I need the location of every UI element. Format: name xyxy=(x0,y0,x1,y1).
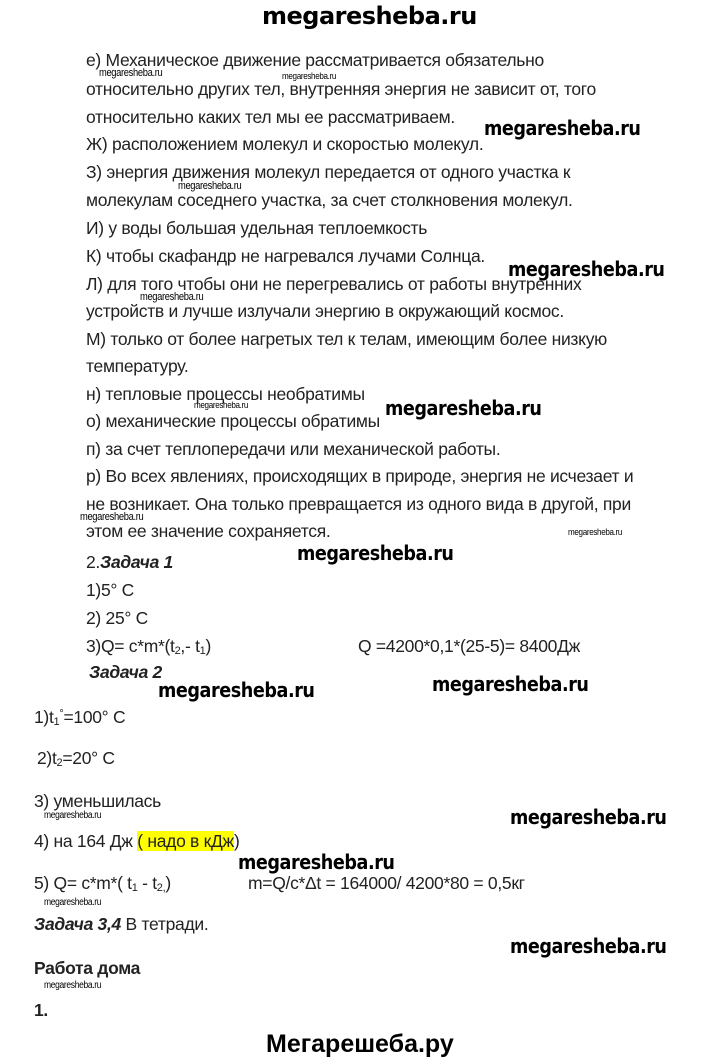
task1-prefix: 2. xyxy=(86,552,100,572)
answer-z-line2: молекулам соседнего участка, за счет сто… xyxy=(86,190,573,211)
answer-k: К) чтобы скафандр не нагревался лучами С… xyxy=(86,246,485,267)
formula-part: 2)t xyxy=(37,748,57,768)
answer-o: о) механические процессы обратимы xyxy=(86,411,380,432)
watermark-big: megaresheba.ru xyxy=(297,541,454,565)
answer-text: 4) на 164 Дж xyxy=(34,831,137,851)
footer-watermark: Мегарешеба.ру xyxy=(266,1030,454,1059)
header-watermark: megaresheba.ru xyxy=(262,2,477,30)
answer-l-line2: устройств и лучше излучали энергию в окр… xyxy=(86,301,564,322)
answer-zh: Ж) расположением молекул и скоростью мол… xyxy=(86,134,483,155)
watermark-small: megaresheba.ru xyxy=(568,527,622,538)
answer-m-line2: температуру. xyxy=(86,356,188,377)
watermark-big: megaresheba.ru xyxy=(510,934,667,958)
answer-m-line1: М) только от более нагретых тел к телам,… xyxy=(86,329,607,350)
task2-item5-calculation: m=Q/c*Δt = 164000/ 4200*80 = 0,5кг xyxy=(248,873,525,894)
homework-title: Работа дома xyxy=(34,958,140,979)
answer-i: И) у воды большая удельная теплоемкость xyxy=(86,218,427,239)
highlighted-note: ( надо в кДж xyxy=(137,831,234,851)
task1-item2: 2) 25° C xyxy=(86,608,148,629)
formula-part: 5) Q= c*m*( t xyxy=(34,873,132,893)
task1-item3-calculation: Q =4200*0,1*(25-5)= 8400Дж xyxy=(358,636,580,657)
watermark-small: megaresheba.ru xyxy=(44,980,101,991)
answer-r-line1: р) Во всех явлениях, происходящих в прир… xyxy=(86,466,633,487)
task2-item5-formula: 5) Q= c*m*( t1 - t2,) xyxy=(34,873,171,894)
watermark-big: megaresheba.ru xyxy=(238,850,395,874)
homework-item: 1. xyxy=(34,1000,48,1021)
watermark-small: megaresheba.ru xyxy=(44,897,101,908)
answer-r-line2: не возникает. Она только превращается из… xyxy=(86,494,631,515)
task2-item4: 4) на 164 Дж ( надо в кДж) xyxy=(34,831,239,852)
watermark-small: megaresheba.ru xyxy=(99,67,162,79)
formula-part: ) xyxy=(165,873,171,893)
task34-text: В тетради. xyxy=(121,914,208,934)
watermark-small: megaresheba.ru xyxy=(44,810,101,821)
watermark-big: megaresheba.ru xyxy=(385,396,542,420)
watermark-big: megaresheba.ru xyxy=(484,116,641,140)
task34-title: Задача 3,4 xyxy=(34,914,121,934)
formula-part: ,- t xyxy=(180,636,199,656)
formula-part: 3)Q= c*m*(t xyxy=(86,636,175,656)
task34: Задача 3,4 В тетради. xyxy=(34,914,208,935)
answer-e-line3: относительно каких тел мы ее рассматрива… xyxy=(86,107,455,128)
formula-part: =20° C xyxy=(62,748,114,768)
task2-title: Задача 2 xyxy=(89,662,162,683)
formula-part: ) xyxy=(205,636,211,656)
answer-e-line2: относительно других тел, внутренняя энер… xyxy=(86,79,596,100)
formula-part: 1)t xyxy=(34,707,54,727)
task2-item2: 2)t2=20° C xyxy=(37,748,115,769)
answer-r-line3: этом ее значение сохраняется. xyxy=(86,521,330,542)
formula-part: =100° C xyxy=(63,707,125,727)
task2-item1: 1)t1°=100° C xyxy=(34,707,125,728)
answer-text: ) xyxy=(234,831,240,851)
watermark-big: megaresheba.ru xyxy=(510,805,667,829)
formula-part: - t xyxy=(138,873,157,893)
watermark-big: megaresheba.ru xyxy=(432,672,589,696)
answer-p: п) за счет теплопередачи или механическо… xyxy=(86,439,500,460)
task1-title: Задача 1 xyxy=(100,552,173,572)
answer-z-line1: З) энергия движения молекул передается о… xyxy=(86,162,570,183)
task1-item3-formula: 3)Q= c*m*(t2,- t1) xyxy=(86,636,211,657)
task1-item1: 1)5° C xyxy=(86,580,134,601)
watermark-small: megaresheba.ru xyxy=(194,400,248,411)
task1-heading: 2.Задача 1 xyxy=(86,552,173,573)
watermark-big: megaresheba.ru xyxy=(158,678,315,702)
task2-item3: 3) уменьшилась xyxy=(34,791,161,812)
